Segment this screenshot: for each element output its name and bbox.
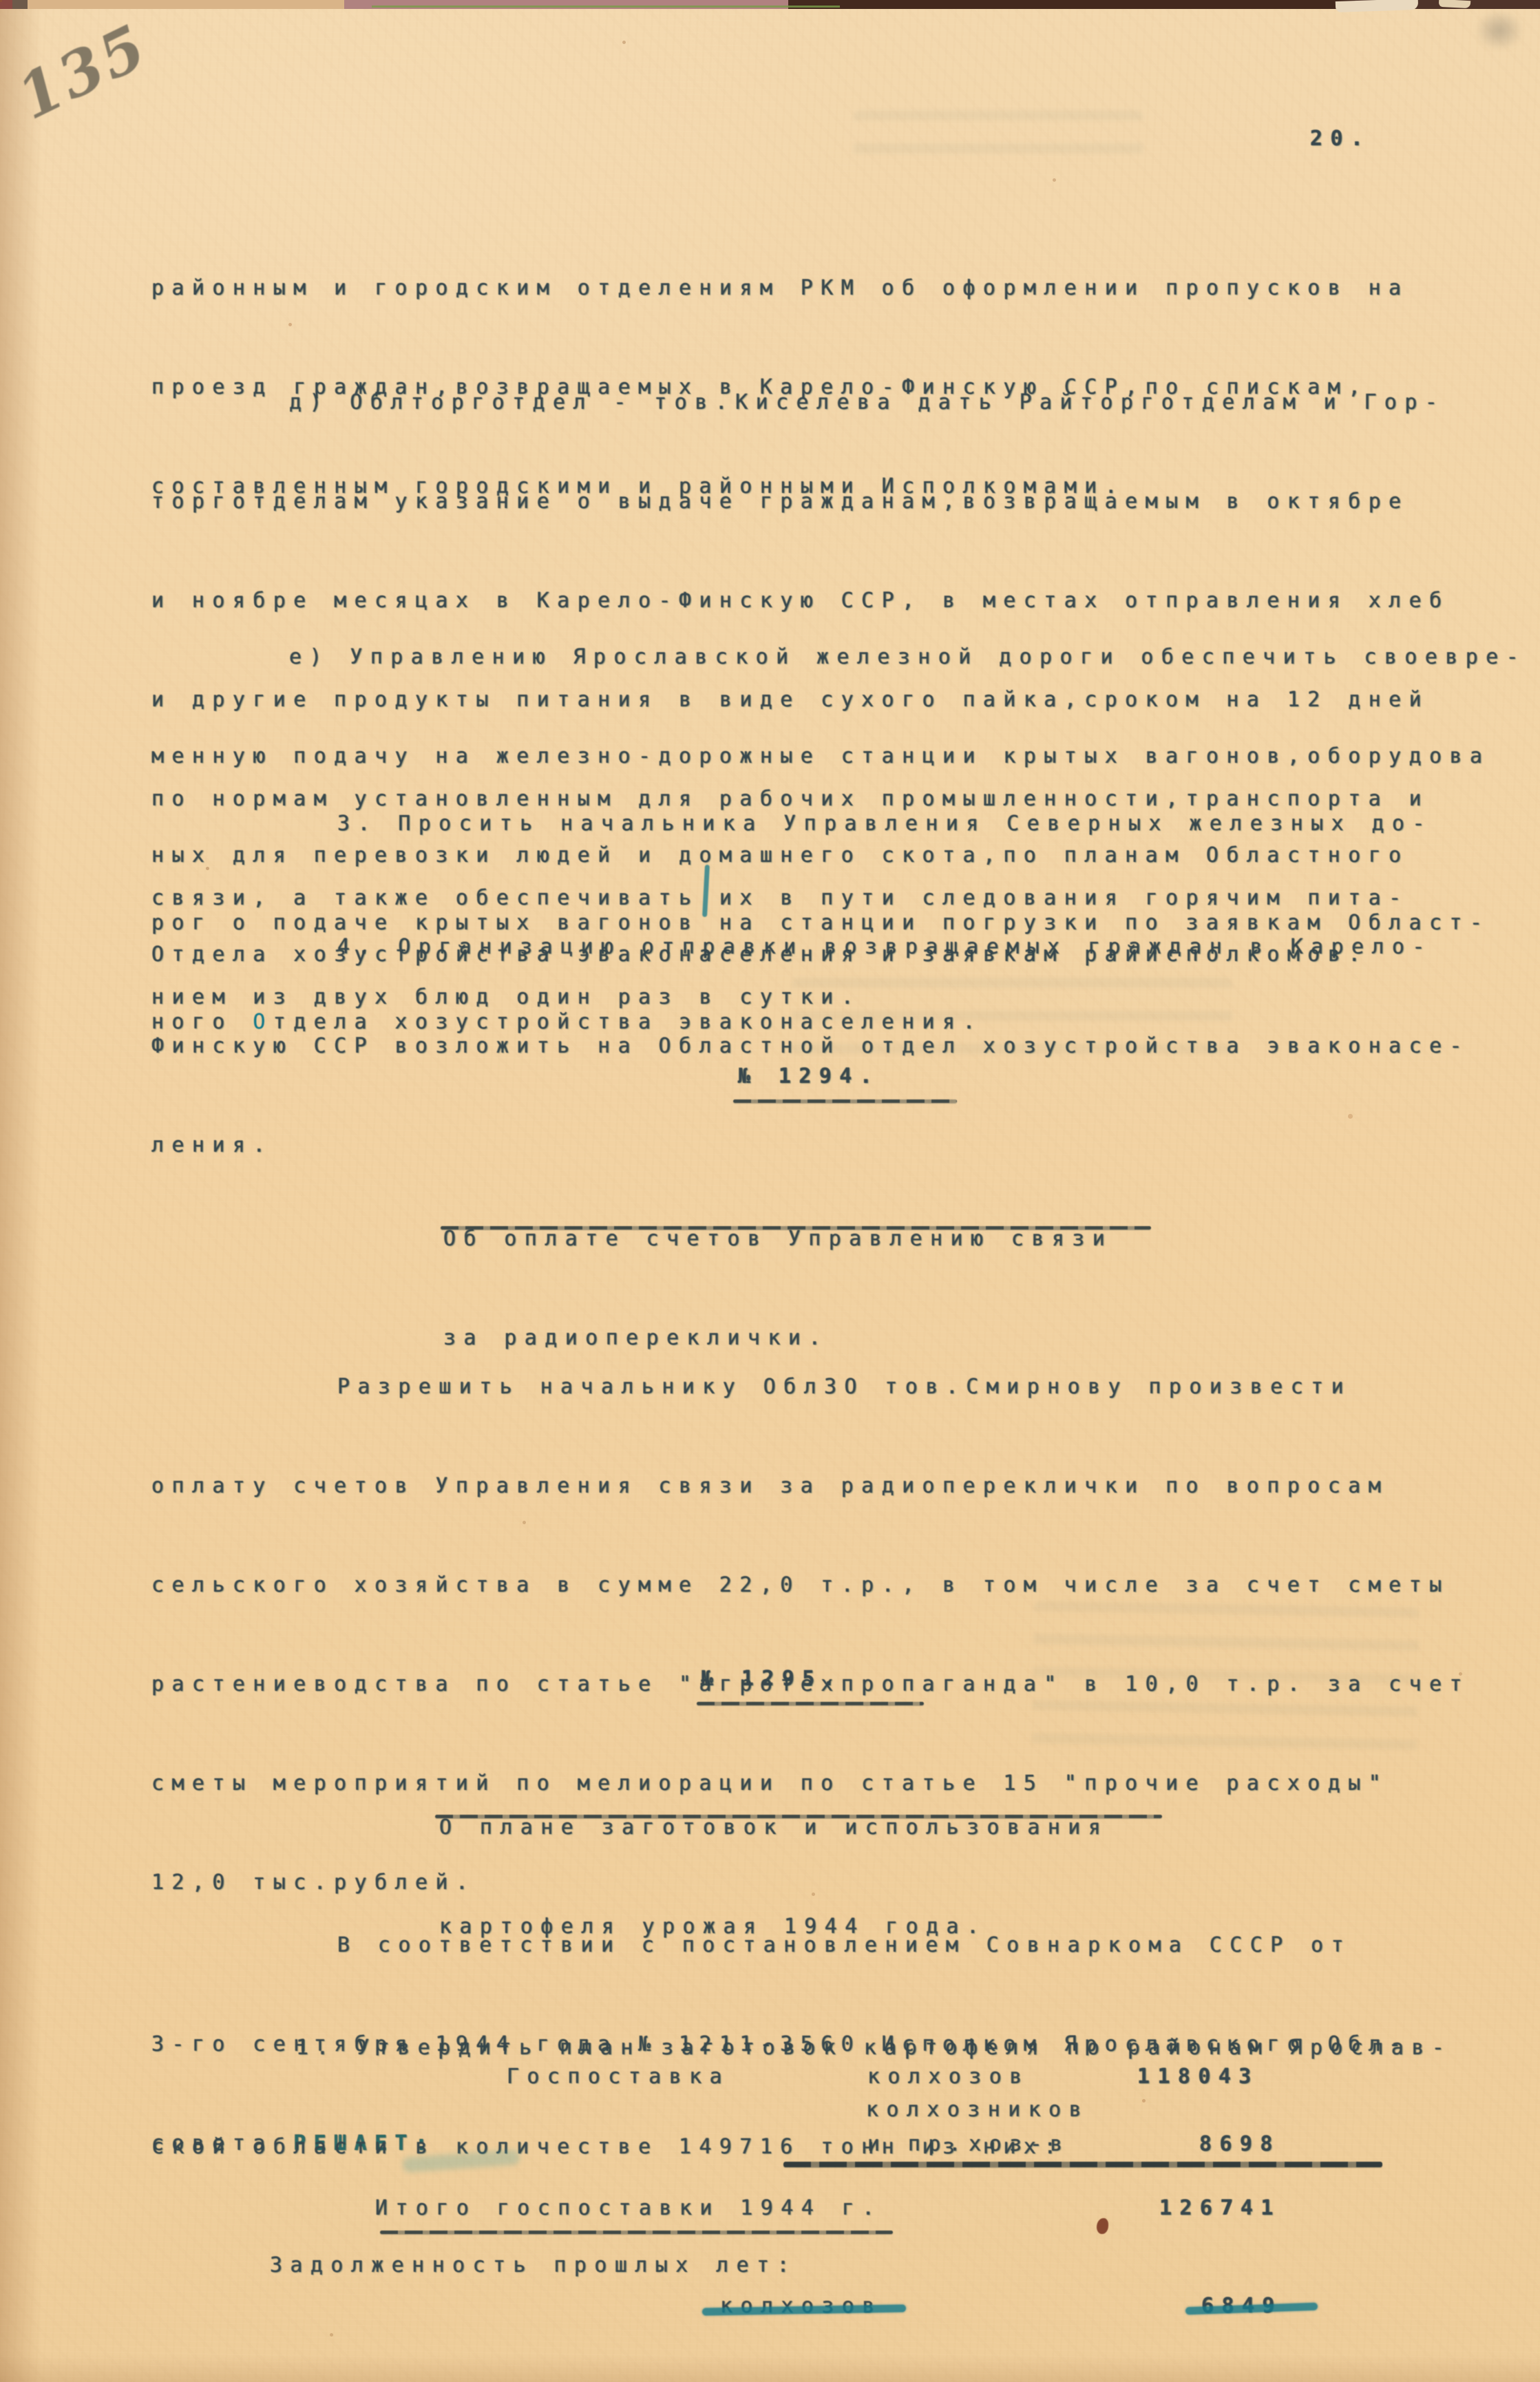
total-digits: 126 [1159,2196,1220,2220]
typed-line: Разрешить начальнику ОблЗО тов.Смирнову … [151,1371,1470,1404]
decree-1295-point-1: 1. Утвердить план заготовок картофеля по… [151,1965,1452,2230]
typed-line: районным и городским отделениям РКМ об о… [151,272,1409,305]
summary-rule [783,2162,1382,2167]
scan-shadow-bottom [0,2354,1540,2382]
typed-line: е) Управлению Ярославской железной дорог… [151,641,1526,674]
red-ink-speck [1097,2218,1108,2234]
underline [435,1815,1162,1818]
plan-table-value-pr-khoz: 8698 [1199,2128,1280,2161]
scan-edge-green-line [372,6,840,8]
typed-line: В соответствии с постановлением Совнарко… [151,1929,1409,1962]
page-number: 20. [1310,123,1371,156]
overstruck-digit: 7 [1220,2196,1240,2220]
total-digits: 41 [1241,2196,1281,2220]
plan-table-col-pr-khoz: и пр.хоз-в [867,2128,1070,2161]
underline [441,1226,1151,1230]
typed-line: 3. Просить начальника Управления Северны… [151,808,1490,841]
underline [733,1099,957,1103]
plan-table-col-kolkhoznikov: колхозников [866,2094,1089,2127]
arrears-label: Задолженность прошлых лет: [270,2249,797,2282]
scan-corner-fuzz [1465,1,1534,59]
plan-table-row-label: Госпоставка [507,2060,730,2094]
paper-specks [0,0,2,2]
plan-table-col-kolkhozov: колхозов [867,2060,1030,2094]
typed-line: 1. Утвердить план заготовок картофеля по… [151,2032,1452,2065]
decree-1294-number: № 1294. [738,1060,880,1093]
typed-line: 4. Организацию отправки возвращаемых гра… [151,931,1470,964]
scanned-page: 135 20. районным и городским отделениям … [0,0,1540,2382]
plan-table-total-label: Итого госпоставки 1944 г. [375,2192,883,2225]
typed-line: торготделам указание о выдаче гражданам,… [151,485,1450,518]
underline [380,2231,893,2234]
decree-1295-number: № 1295. [701,1663,843,1696]
scan-shadow-left [0,0,41,2382]
typed-line: оплату счетов Управления связи за радиоп… [151,1470,1470,1503]
scan-edge-strip [0,0,1540,9]
plan-table-total-value: 126741 [1159,2192,1281,2225]
underline [697,1702,924,1705]
torn-paper-bit [1336,0,1418,12]
ghost-bleedthrough [854,110,1143,172]
typed-line: Финскую ССР возложить на Областной отдел… [151,1030,1470,1063]
typed-line: сельского хозяйства в сумме 22,0 т.р., в… [151,1569,1470,1602]
plan-table-value-kolkhozov: 118043 [1137,2060,1259,2094]
typed-line: д) Облторготдел - тов.Киселева дать Райт… [151,386,1450,419]
